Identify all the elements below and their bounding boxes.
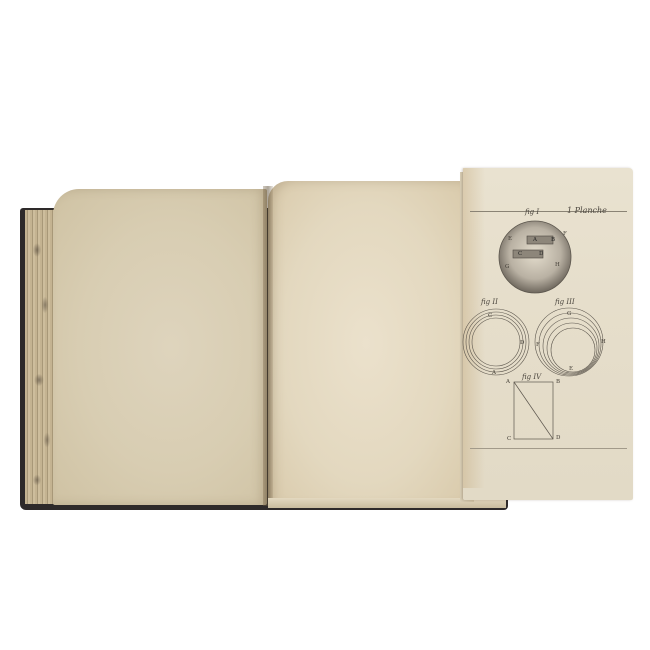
fig1-label: B [551, 237, 555, 243]
fig4-label: A [506, 379, 510, 385]
fig2-label: A [492, 370, 496, 376]
fig3-label: H [601, 339, 606, 345]
fig2-label: D [520, 340, 524, 346]
fig4-label: B [556, 379, 560, 385]
fig1-sphere-diagram [495, 218, 575, 296]
fig4-label: D [556, 435, 560, 441]
book-gutter [263, 186, 273, 506]
fig2-caption: fig II [481, 298, 498, 306]
fig1-label: H [555, 262, 560, 268]
left-page [53, 189, 267, 505]
fig3-label: E [569, 366, 573, 372]
fig1-label: A [533, 237, 537, 243]
fig2-label: C [488, 313, 492, 319]
fig1-label: F [563, 231, 567, 237]
fig4-label: C [507, 436, 511, 442]
fig1-label: E [508, 236, 512, 242]
fig4-rectangle-diagram [512, 380, 556, 442]
right-page [268, 181, 464, 506]
fig1-label: G [505, 264, 509, 270]
fig1-label: D [539, 251, 543, 257]
fig3-label: G [567, 311, 571, 317]
fig3-label: F [536, 342, 540, 348]
plate-title: 1 Planche [567, 206, 607, 215]
fig1-label: C [518, 251, 522, 257]
fig1-caption: fig I [525, 208, 539, 216]
